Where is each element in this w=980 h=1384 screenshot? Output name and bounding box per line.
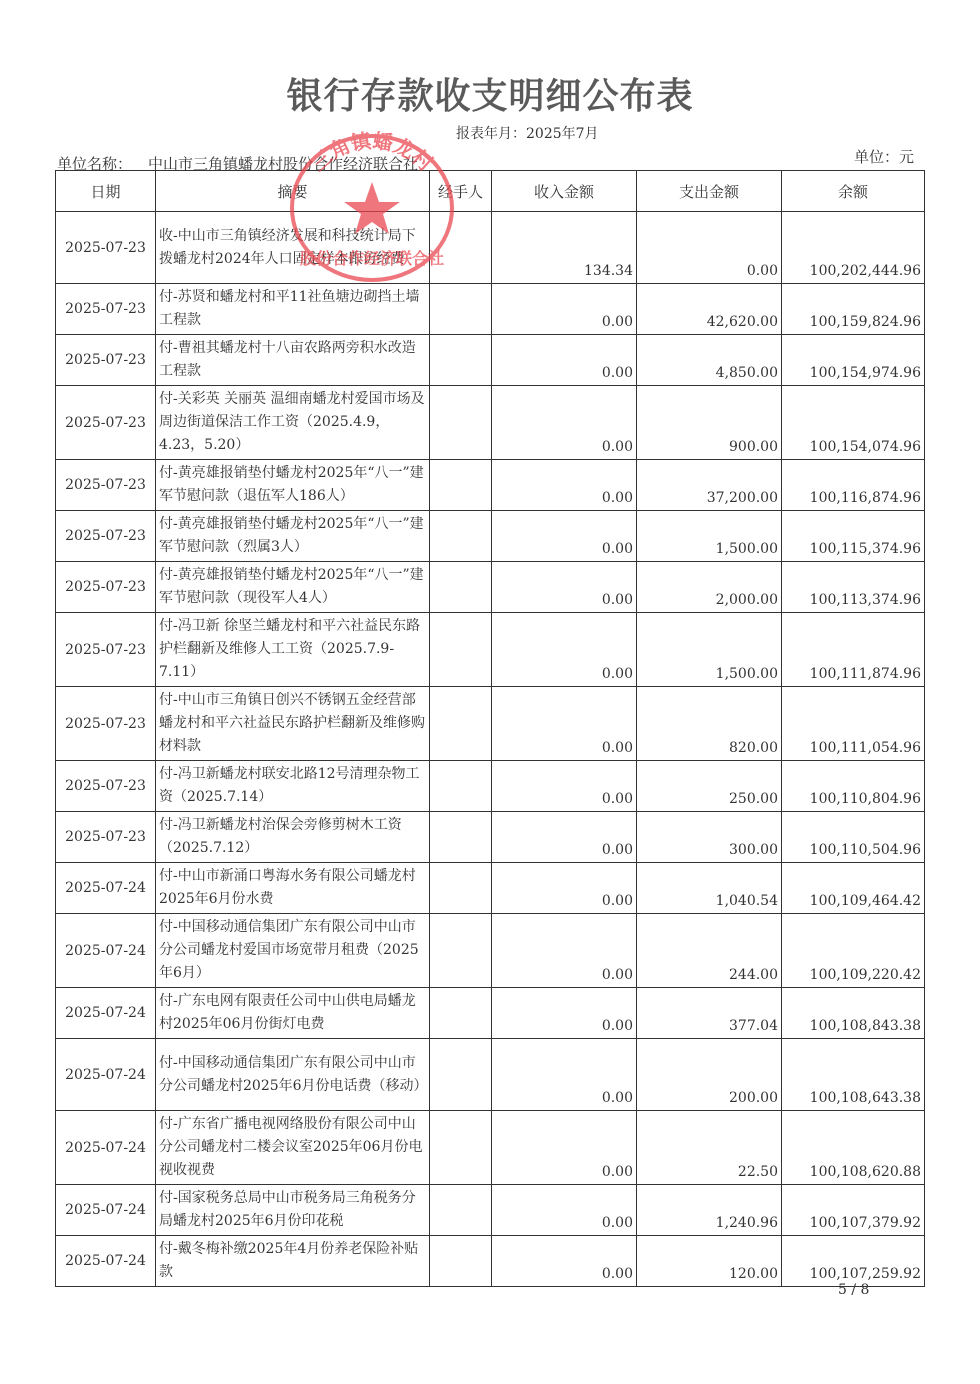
summary-cell: 付-关彩英 关丽英 温细南蟠龙村爱国市场及周边街道保洁工作工资（2025.4.9…: [156, 386, 430, 460]
expense-cell: 244.00: [637, 914, 782, 988]
income-cell: 134.34: [492, 212, 637, 284]
handler-cell: [430, 386, 492, 460]
income-cell: 0.00: [492, 562, 637, 613]
balance-cell: 100,115,374.96: [782, 511, 925, 562]
income-cell: 0.00: [492, 613, 637, 687]
income-cell: 0.00: [492, 761, 637, 812]
summary-cell: 付-苏贤和蟠龙村和平11社鱼塘边砌挡土墙工程款: [156, 284, 430, 335]
table-row: 2025-07-24付-中山市新涌口粤海水务有限公司蟠龙村2025年6月份水费0…: [56, 863, 925, 914]
header-date: 日期: [56, 171, 156, 212]
income-cell: 0.00: [492, 1236, 637, 1287]
date-cell: 2025-07-24: [56, 1111, 156, 1185]
summary-cell: 付-中国移动通信集团广东有限公司中山市分公司蟠龙村爱国市场宽带月租费（2025年…: [156, 914, 430, 988]
expense-cell: 200.00: [637, 1039, 782, 1111]
report-period: 报表年月：2025年7月: [456, 123, 599, 143]
expense-cell: 22.50: [637, 1111, 782, 1185]
date-cell: 2025-07-23: [56, 562, 156, 613]
ledger-table: 日期 摘要 经手人 收入金额 支出金额 余额 2025-07-23收-中山市三角…: [55, 170, 925, 1287]
balance-cell: 100,108,620.88: [782, 1111, 925, 1185]
income-cell: 0.00: [492, 863, 637, 914]
summary-cell: 付-冯卫新蟠龙村联安北路12号清理杂物工资（2025.7.14）: [156, 761, 430, 812]
summary-cell: 付-黄亮雄报销垫付蟠龙村2025年“八一”建军节慰问款（烈属3人）: [156, 511, 430, 562]
summary-cell: 付-冯卫新蟠龙村治保会旁修剪树木工资（2025.7.12）: [156, 812, 430, 863]
handler-cell: [430, 212, 492, 284]
handler-cell: [430, 511, 492, 562]
income-cell: 0.00: [492, 1039, 637, 1111]
date-cell: 2025-07-23: [56, 761, 156, 812]
balance-cell: 100,110,804.96: [782, 761, 925, 812]
balance-cell: 100,110,504.96: [782, 812, 925, 863]
income-cell: 0.00: [492, 460, 637, 511]
table-row: 2025-07-23付-冯卫新 徐坚兰蟠龙村和平六社益民东路护栏翻新及维修人工工…: [56, 613, 925, 687]
date-cell: 2025-07-24: [56, 988, 156, 1039]
expense-cell: 4,850.00: [637, 335, 782, 386]
expense-cell: 120.00: [637, 1236, 782, 1287]
expense-cell: 42,620.00: [637, 284, 782, 335]
date-cell: 2025-07-23: [56, 212, 156, 284]
currency-unit: 单位：元: [854, 146, 914, 167]
header-expense: 支出金额: [637, 171, 782, 212]
summary-cell: 收-中山市三角镇经济发展和科技统计局下拨蟠龙村2024年人口固定样本跟访经费: [156, 212, 430, 284]
income-cell: 0.00: [492, 914, 637, 988]
table-row: 2025-07-24付-中国移动通信集团广东有限公司中山市分公司蟠龙村爱国市场宽…: [56, 914, 925, 988]
header-handler: 经手人: [430, 171, 492, 212]
expense-cell: 1,500.00: [637, 511, 782, 562]
header-summary: 摘要: [156, 171, 430, 212]
expense-cell: 377.04: [637, 988, 782, 1039]
income-cell: 0.00: [492, 988, 637, 1039]
header-balance: 余额: [782, 171, 925, 212]
table-row: 2025-07-24付-广东省广播电视网络股份有限公司中山分公司蟠龙村二楼会议室…: [56, 1111, 925, 1185]
table-row: 2025-07-24付-中国移动通信集团广东有限公司中山市分公司蟠龙村2025年…: [56, 1039, 925, 1111]
balance-cell: 100,109,220.42: [782, 914, 925, 988]
table-row: 2025-07-23付-关彩英 关丽英 温细南蟠龙村爱国市场及周边街道保洁工作工…: [56, 386, 925, 460]
table-row: 2025-07-23付-苏贤和蟠龙村和平11社鱼塘边砌挡土墙工程款0.0042,…: [56, 284, 925, 335]
date-cell: 2025-07-24: [56, 1236, 156, 1287]
income-cell: 0.00: [492, 511, 637, 562]
expense-cell: 1,040.54: [637, 863, 782, 914]
income-cell: 0.00: [492, 687, 637, 761]
date-cell: 2025-07-23: [56, 386, 156, 460]
table-row: 2025-07-23付-曹祖其蟠龙村十八亩农路两旁积水改造工程款0.004,85…: [56, 335, 925, 386]
summary-cell: 付-中山市新涌口粤海水务有限公司蟠龙村2025年6月份水费: [156, 863, 430, 914]
date-cell: 2025-07-24: [56, 1039, 156, 1111]
balance-cell: 100,108,843.38: [782, 988, 925, 1039]
income-cell: 0.00: [492, 335, 637, 386]
handler-cell: [430, 761, 492, 812]
balance-cell: 100,116,874.96: [782, 460, 925, 511]
date-cell: 2025-07-23: [56, 511, 156, 562]
date-cell: 2025-07-23: [56, 460, 156, 511]
handler-cell: [430, 613, 492, 687]
expense-cell: 1,500.00: [637, 613, 782, 687]
expense-cell: 1,240.96: [637, 1185, 782, 1236]
summary-cell: 付-冯卫新 徐坚兰蟠龙村和平六社益民东路护栏翻新及维修人工工资（2025.7.9…: [156, 613, 430, 687]
balance-cell: 100,113,374.96: [782, 562, 925, 613]
expense-cell: 250.00: [637, 761, 782, 812]
balance-cell: 100,107,379.92: [782, 1185, 925, 1236]
table-row: 2025-07-23付-中山市三角镇日创兴不锈钢五金经营部蟠龙村和平六社益民东路…: [56, 687, 925, 761]
table-row: 2025-07-23付-冯卫新蟠龙村治保会旁修剪树木工资（2025.7.12）0…: [56, 812, 925, 863]
handler-cell: [430, 812, 492, 863]
table-row: 2025-07-23付-黄亮雄报销垫付蟠龙村2025年“八一”建军节慰问款（现役…: [56, 562, 925, 613]
income-cell: 0.00: [492, 1111, 637, 1185]
handler-cell: [430, 460, 492, 511]
table-header-row: 日期 摘要 经手人 收入金额 支出金额 余额: [56, 171, 925, 212]
date-cell: 2025-07-23: [56, 812, 156, 863]
handler-cell: [430, 284, 492, 335]
balance-cell: 100,154,074.96: [782, 386, 925, 460]
summary-cell: 付-黄亮雄报销垫付蟠龙村2025年“八一”建军节慰问款（退伍军人186人）: [156, 460, 430, 511]
summary-cell: 付-曹祖其蟠龙村十八亩农路两旁积水改造工程款: [156, 335, 430, 386]
balance-cell: 100,107,259.92: [782, 1236, 925, 1287]
handler-cell: [430, 988, 492, 1039]
handler-cell: [430, 562, 492, 613]
balance-cell: 100,202,444.96: [782, 212, 925, 284]
table-row: 2025-07-23付-冯卫新蟠龙村联安北路12号清理杂物工资（2025.7.1…: [56, 761, 925, 812]
table-row: 2025-07-24付-戴冬梅补缴2025年4月份养老保险补贴款0.00120.…: [56, 1236, 925, 1287]
balance-cell: 100,159,824.96: [782, 284, 925, 335]
expense-cell: 37,200.00: [637, 460, 782, 511]
expense-cell: 820.00: [637, 687, 782, 761]
balance-cell: 100,154,974.96: [782, 335, 925, 386]
handler-cell: [430, 1236, 492, 1287]
income-cell: 0.00: [492, 812, 637, 863]
summary-cell: 付-黄亮雄报销垫付蟠龙村2025年“八一”建军节慰问款（现役军人4人）: [156, 562, 430, 613]
date-cell: 2025-07-24: [56, 914, 156, 988]
page-indicator: 5 / 8: [838, 1282, 869, 1298]
ledger-body: 2025-07-23收-中山市三角镇经济发展和科技统计局下拨蟠龙村2024年人口…: [56, 212, 925, 1287]
income-cell: 0.00: [492, 386, 637, 460]
table-row: 2025-07-23付-黄亮雄报销垫付蟠龙村2025年“八一”建军节慰问款（退伍…: [56, 460, 925, 511]
handler-cell: [430, 1039, 492, 1111]
balance-cell: 100,109,464.42: [782, 863, 925, 914]
table-row: 2025-07-23收-中山市三角镇经济发展和科技统计局下拨蟠龙村2024年人口…: [56, 212, 925, 284]
handler-cell: [430, 863, 492, 914]
date-cell: 2025-07-24: [56, 863, 156, 914]
summary-cell: 付-中山市三角镇日创兴不锈钢五金经营部蟠龙村和平六社益民东路护栏翻新及维修购材料…: [156, 687, 430, 761]
table-row: 2025-07-23付-黄亮雄报销垫付蟠龙村2025年“八一”建军节慰问款（烈属…: [56, 511, 925, 562]
handler-cell: [430, 1111, 492, 1185]
summary-cell: 付-广东电网有限责任公司中山供电局蟠龙村2025年06月份街灯电费: [156, 988, 430, 1039]
handler-cell: [430, 914, 492, 988]
table-row: 2025-07-24付-广东电网有限责任公司中山供电局蟠龙村2025年06月份街…: [56, 988, 925, 1039]
balance-cell: 100,111,054.96: [782, 687, 925, 761]
balance-cell: 100,111,874.96: [782, 613, 925, 687]
income-cell: 0.00: [492, 284, 637, 335]
expense-cell: 900.00: [637, 386, 782, 460]
summary-cell: 付-戴冬梅补缴2025年4月份养老保险补贴款: [156, 1236, 430, 1287]
handler-cell: [430, 335, 492, 386]
expense-cell: 2,000.00: [637, 562, 782, 613]
expense-cell: 0.00: [637, 212, 782, 284]
date-cell: 2025-07-23: [56, 284, 156, 335]
balance-cell: 100,108,643.38: [782, 1039, 925, 1111]
handler-cell: [430, 1185, 492, 1236]
date-cell: 2025-07-24: [56, 1185, 156, 1236]
summary-cell: 付-广东省广播电视网络股份有限公司中山分公司蟠龙村二楼会议室2025年06月份电…: [156, 1111, 430, 1185]
report-period-value: 2025年7月: [526, 126, 599, 142]
report-period-label: 报表年月：: [456, 126, 526, 142]
date-cell: 2025-07-23: [56, 613, 156, 687]
summary-cell: 付-国家税务总局中山市税务局三角税务分局蟠龙村2025年6月份印花税: [156, 1185, 430, 1236]
summary-cell: 付-中国移动通信集团广东有限公司中山市分公司蟠龙村2025年6月份电话费（移动）: [156, 1039, 430, 1111]
handler-cell: [430, 687, 492, 761]
document-title: 银行存款收支明细公布表: [0, 68, 980, 119]
income-cell: 0.00: [492, 1185, 637, 1236]
header-income: 收入金额: [492, 171, 637, 212]
date-cell: 2025-07-23: [56, 335, 156, 386]
expense-cell: 300.00: [637, 812, 782, 863]
date-cell: 2025-07-23: [56, 687, 156, 761]
table-row: 2025-07-24付-国家税务总局中山市税务局三角税务分局蟠龙村2025年6月…: [56, 1185, 925, 1236]
